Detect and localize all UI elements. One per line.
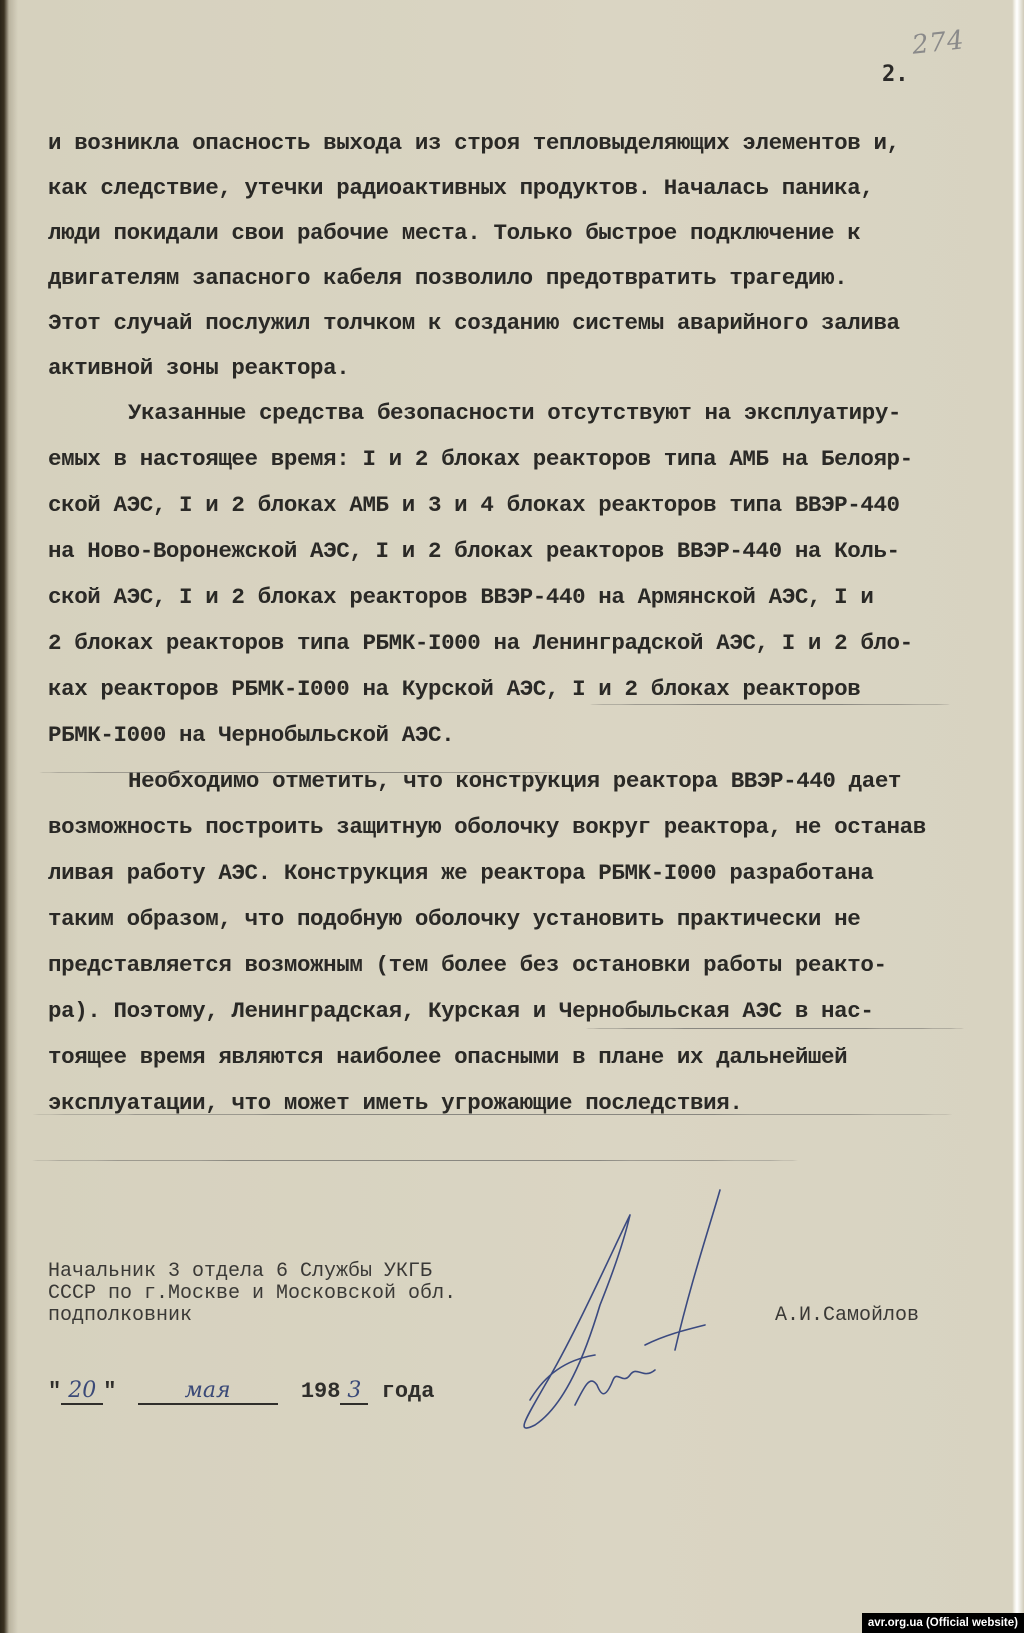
date-year-suffix: 3 — [340, 1378, 368, 1405]
date-quote: " — [103, 1379, 116, 1404]
text-line: ливая работу АЭС. Конструкция же реактор… — [48, 860, 873, 886]
text-line: ской АЭС, I и 2 блоках реакторов ВВЭР-44… — [48, 584, 873, 610]
text-line: 2 блоках реакторов типа РБМК-I000 на Лен… — [48, 630, 913, 656]
document-date: "20" мая 1983 года — [48, 1378, 434, 1405]
date-year-word: года — [382, 1379, 435, 1404]
handwritten-signature — [505, 1185, 745, 1445]
text-line: емых в настоящее время: I и 2 блоках реа… — [48, 446, 913, 472]
text-line: ской АЭС, I и 2 блоках АМБ и 3 и 4 блока… — [48, 492, 900, 518]
signatory-title-line-1: Начальник 3 отдела 6 Службы УКГБ — [48, 1262, 432, 1282]
text-line: двигателям запасного кабеля позволило пр… — [48, 265, 847, 291]
signatory-rank: подполковник — [48, 1306, 192, 1326]
source-watermark: avr.org.ua (Official website) — [862, 1613, 1024, 1633]
signatory-name: А.И.Самойлов — [775, 1306, 919, 1326]
text-line: на Ново-Воронежской АЭС, I и 2 блоках ре… — [48, 538, 900, 564]
date-year-prefix: 198 — [301, 1379, 341, 1404]
pencil-underline — [590, 704, 950, 705]
text-line: тоящее время являются наиболее опасными … — [48, 1044, 847, 1070]
page-number: 2. — [882, 62, 909, 87]
signatory-title-line-2: СССР по г.Москве и Московской обл. — [48, 1284, 456, 1304]
text-line: ках реакторов РБМК-I000 на Курской АЭС, … — [48, 676, 860, 702]
text-line: Указанные средства безопасности отсутств… — [128, 400, 901, 426]
pencil-underline — [38, 772, 560, 773]
pencil-underline — [30, 1160, 800, 1161]
text-line: как следствие, утечки радиоактивных прод… — [48, 175, 873, 201]
text-line: ра). Поэтому, Ленинградская, Курская и Ч… — [48, 998, 873, 1024]
text-line: РБМК-I000 на Чернобыльской АЭС. — [48, 722, 454, 748]
pencil-underline — [30, 1114, 955, 1115]
text-line: возможность построить защитную оболочку … — [48, 814, 926, 840]
page-edge — [1012, 0, 1024, 1633]
text-line: таким образом, что подобную оболочку уст… — [48, 906, 860, 932]
text-line: и возникла опасность выхода из строя теп… — [48, 130, 900, 156]
archive-page-number: 274 — [911, 25, 966, 60]
document-page: 274 2. и возникла опасность выхода из ст… — [0, 0, 1024, 1633]
date-quote: " — [48, 1379, 61, 1404]
text-line: представляется возможным (тем более без … — [48, 952, 887, 978]
text-line: люди покидали свои рабочие места. Только… — [48, 220, 860, 246]
pencil-underline — [585, 1028, 965, 1029]
date-day: 20 — [61, 1378, 103, 1405]
text-line: активной зоны реактора. — [48, 355, 349, 381]
date-month: мая — [138, 1378, 278, 1405]
text-line: эксплуатации, что может иметь угрожающие… — [48, 1090, 742, 1116]
text-line: Этот случай послужил толчком к созданию … — [48, 310, 900, 336]
